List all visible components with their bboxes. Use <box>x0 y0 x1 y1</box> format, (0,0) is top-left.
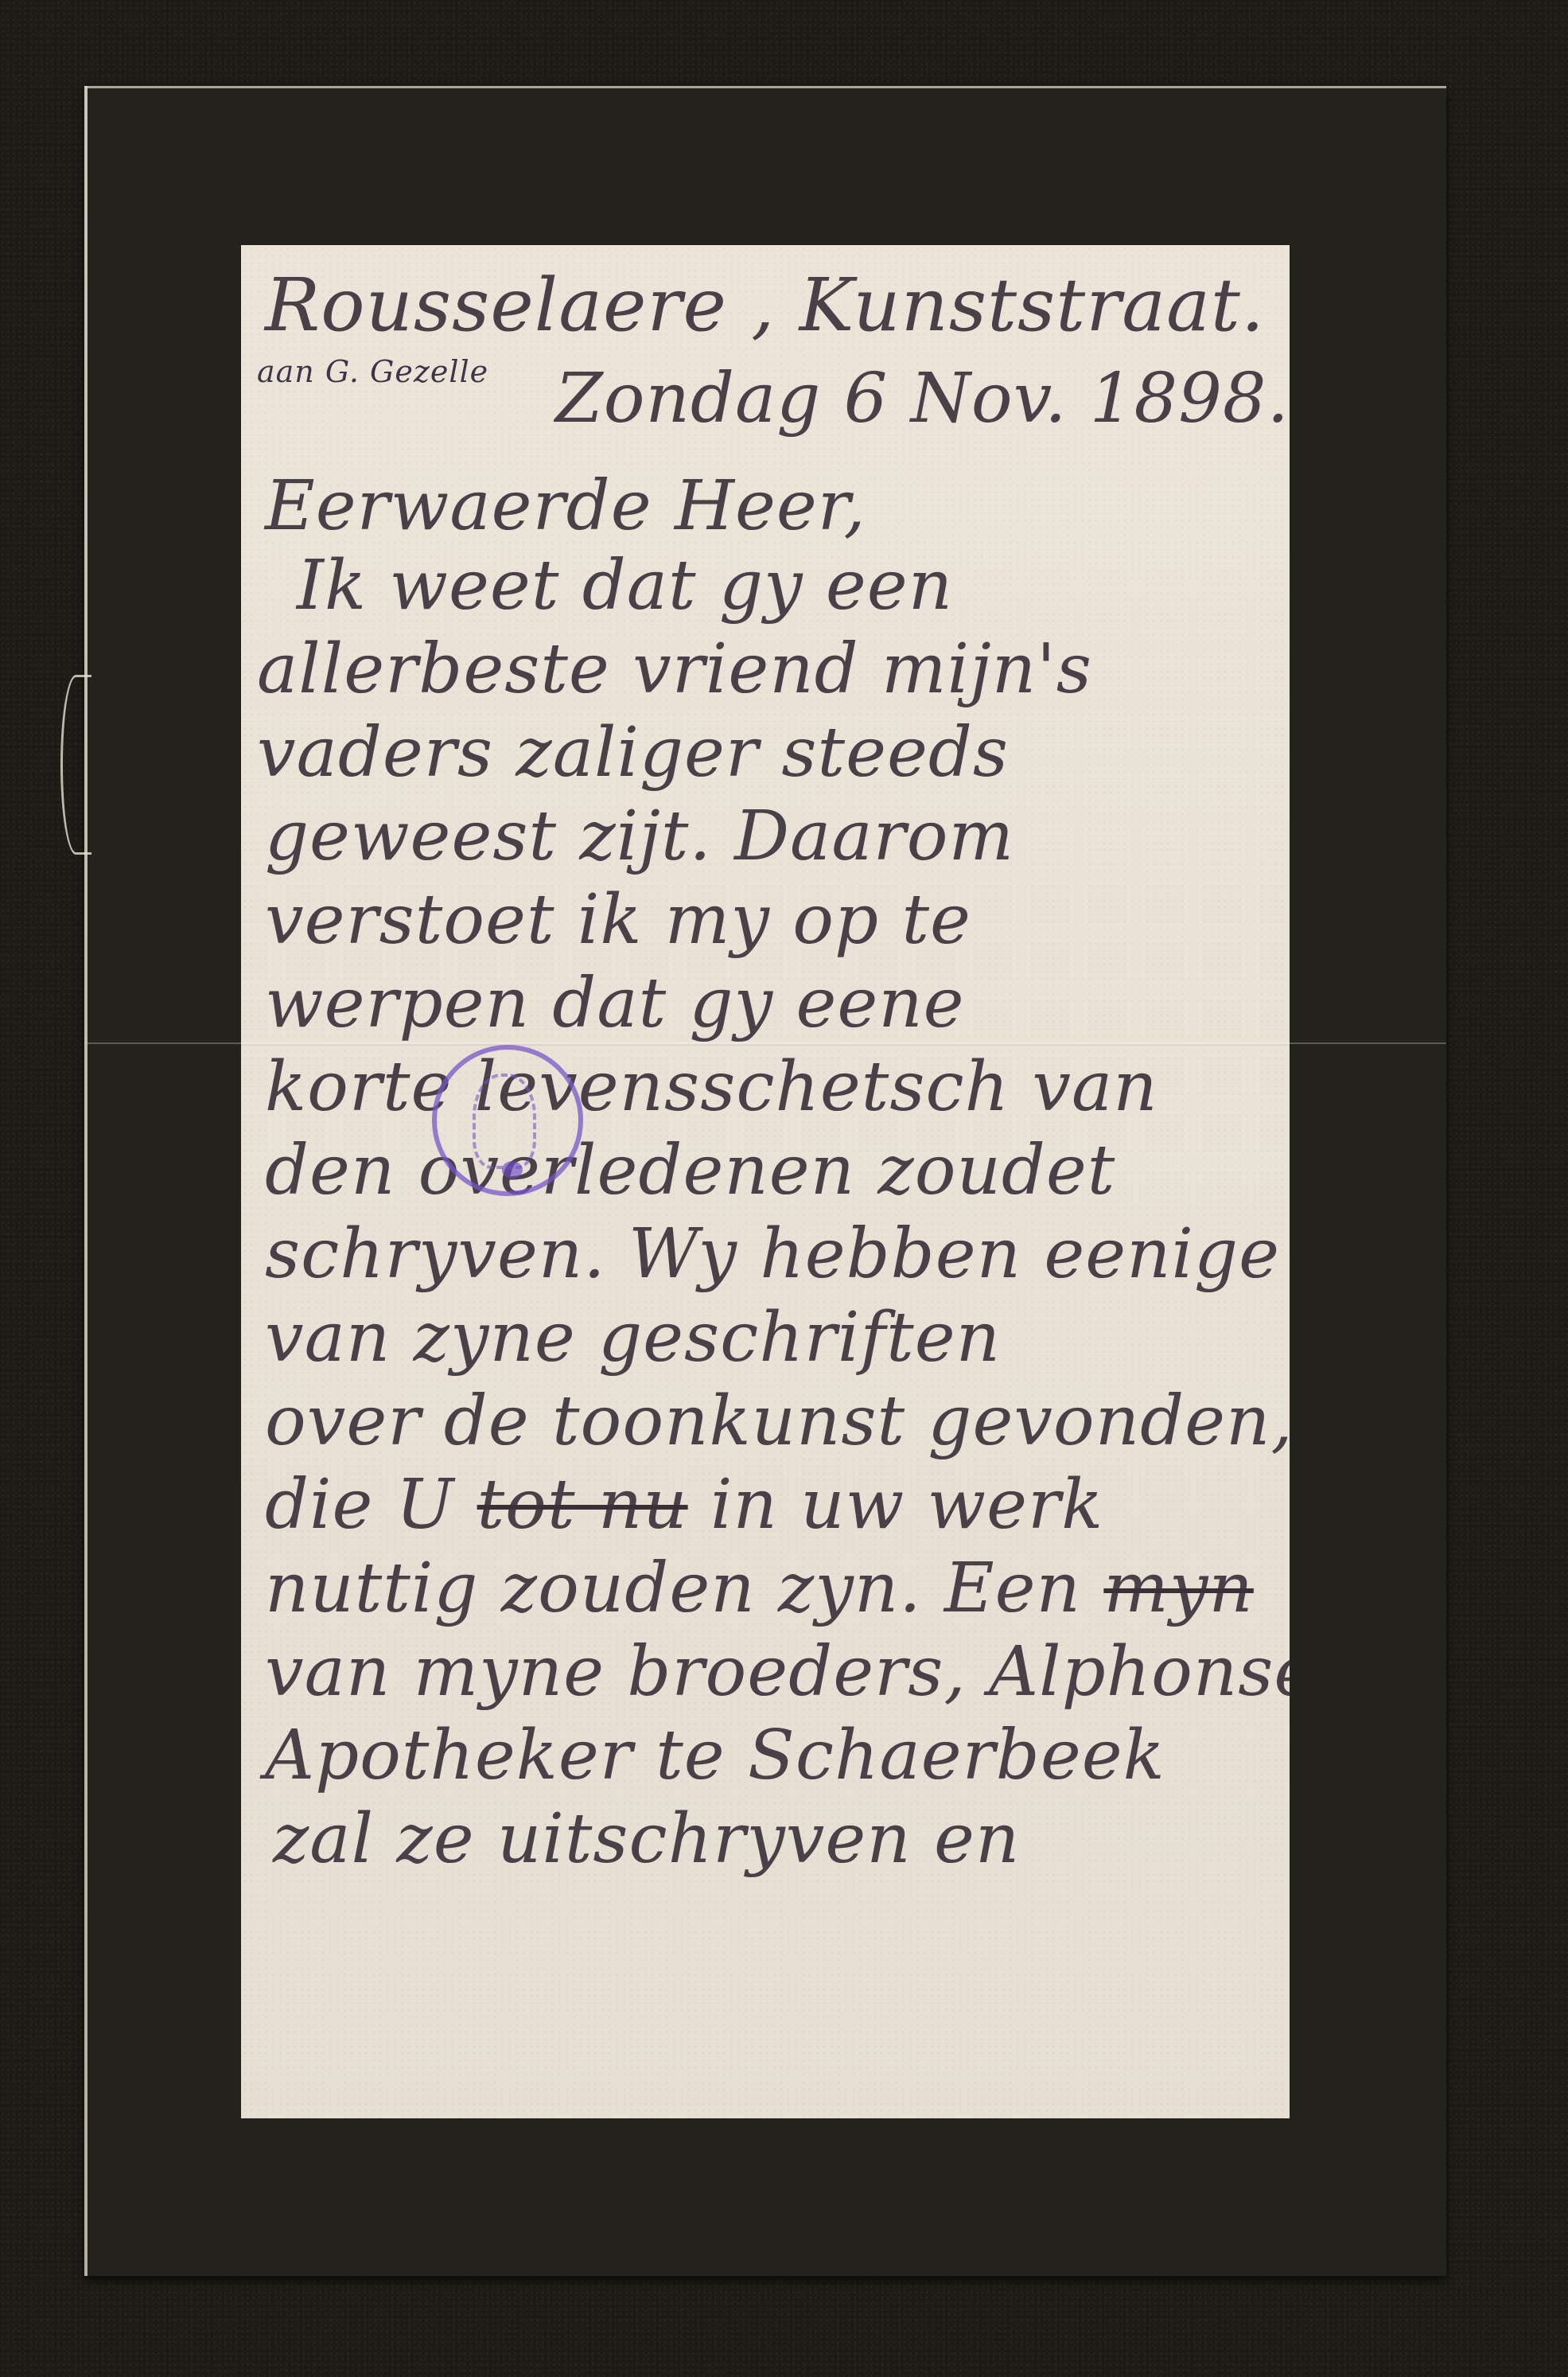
letter-date: Zondag 6 Nov. 1898. <box>555 364 1290 433</box>
letter-line: den overledenen zoudet <box>265 1136 1115 1205</box>
letter-line: over de toonkunst gevonden, <box>265 1387 1290 1455</box>
struck-text: myn <box>1103 1549 1254 1628</box>
letter-annotation: aan G. Gezelle <box>257 357 488 387</box>
letter-line: van myne broeders, Alphonse, <box>265 1638 1290 1706</box>
letter-line: Apotheker te Schaerbeek <box>265 1721 1165 1790</box>
letter-place: Rousselaere , Kunststraat. <box>265 269 1265 342</box>
card-top-edge <box>84 86 1446 88</box>
line-text: nuttig zouden zyn. Een <box>265 1549 1103 1628</box>
letter-line: zal ze uitschryven en <box>273 1805 1020 1873</box>
letter-line: verstoet ik my op te <box>265 886 971 954</box>
letter-salutation: Eerwaerde Heer, <box>265 472 866 540</box>
card-torn-edge <box>60 675 91 855</box>
letter-line: van zyne geschriften <box>265 1303 1001 1372</box>
line-text: die U <box>265 1465 477 1545</box>
stamp-emblem-icon <box>473 1074 536 1169</box>
card-left-edge <box>84 86 88 2276</box>
line-text: in uw werk <box>688 1465 1104 1545</box>
letter-line-with-strikethrough: nuttig zouden zyn. Een myn <box>265 1554 1254 1623</box>
letter-line: vaders zaliger steeds <box>257 719 1009 787</box>
letter-line: werpen dat gy eene <box>265 969 965 1038</box>
stamp-ink-blot <box>502 1161 523 1179</box>
letter-line: korte levensschetsch van <box>265 1053 1158 1121</box>
letter-line: allerbeste vriend mijn's <box>257 635 1092 703</box>
letter-line-with-strikethrough: die U tot nu in uw werk <box>265 1471 1103 1539</box>
letter-line: Ik weet dat gy een <box>297 551 953 620</box>
letter-line: schryven. Wy hebben eenige <box>265 1220 1280 1288</box>
letter-paper: Rousselaere , Kunststraat. aan G. Gezell… <box>241 245 1290 2118</box>
letter-line: geweest zijt. Daarom <box>265 802 1014 871</box>
purple-seal-stamp <box>432 1045 583 1196</box>
struck-text: tot nu <box>477 1465 688 1545</box>
